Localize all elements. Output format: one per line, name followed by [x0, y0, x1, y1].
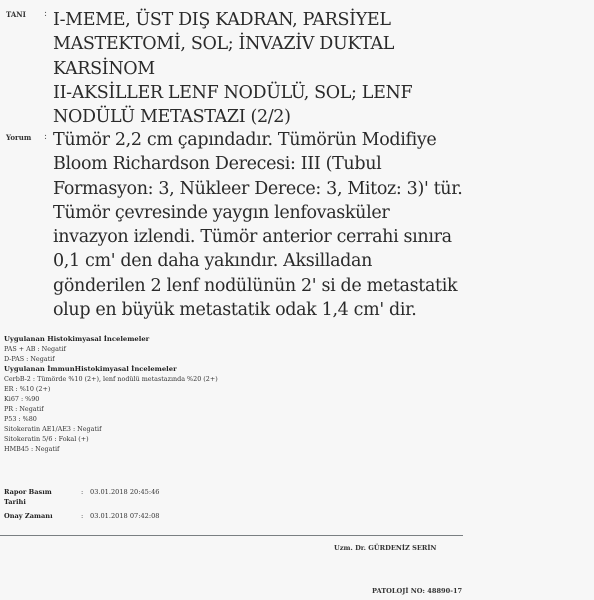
- comment-line: invazyon izlendi. Tümör anterior cerrahi…: [53, 225, 473, 249]
- diagnosis-line: I-MEME, ÜST DIŞ KADRAN, PARSİYEL: [53, 8, 473, 32]
- histochemical-item: D-PAS : Negatif: [4, 354, 218, 364]
- comment-line: Bloom Richardson Derecesi: III (Tubul: [53, 152, 473, 176]
- ihc-item: Ki67 : %90: [4, 394, 218, 404]
- ihc-item: P53 : %80: [4, 414, 218, 424]
- diagnosis-colon: :: [44, 9, 47, 19]
- print-date-value: 03.01.2018 20:45:46: [90, 487, 159, 497]
- comment-line: Tümör çevresinde yaygın lenfovasküler: [53, 201, 473, 225]
- comment-line: Tümör 2,2 cm çapındadır. Tümörün Modifiy…: [53, 128, 473, 152]
- diagnosis-text: I-MEME, ÜST DIŞ KADRAN, PARSİYEL MASTEKT…: [53, 8, 473, 129]
- ihc-item: PR : Negatif: [4, 404, 218, 414]
- print-date-label-line1: Rapor Basım: [4, 488, 52, 496]
- comment-line: olup en büyük metastatik odak 1,4 cm' di…: [53, 298, 473, 322]
- print-date-label-line2: Tarihi: [4, 498, 26, 506]
- histochemical-item: PAS + AB : Negatif: [4, 344, 218, 354]
- diagnosis-line: II-AKSİLLER LENF NODÜLÜ, SOL; LENF: [53, 81, 473, 105]
- diagnosis-line: KARSİNOM: [53, 57, 473, 81]
- divider: [0, 535, 463, 536]
- comment-label: Yorum: [6, 133, 31, 142]
- approval-value: 03.01.2018 07:42:08: [90, 511, 159, 521]
- approval-colon: :: [81, 511, 83, 521]
- ihc-item: Sitokeratin AE1/AE3 : Negatif: [4, 424, 218, 434]
- diagnosis-line: NODÜLÜ METASTAZI (2/2): [53, 105, 473, 129]
- ihc-item: ER : %10 (2+): [4, 384, 218, 394]
- comment-line: 0,1 cm' den daha yakındır. Aksilladan: [53, 249, 473, 273]
- ihc-item: CerbB-2 : Tümörde %10 (2+), lenf nodülü …: [4, 374, 218, 384]
- approval-label: Onay Zamanı: [4, 511, 74, 521]
- print-date-label: Rapor Basım Tarihi: [4, 487, 74, 507]
- signature-name: Uzm. Dr. GÜRDENİZ SERİN: [334, 544, 436, 552]
- diagnosis-line: MASTEKTOMİ, SOL; İNVAZİV DUKTAL: [53, 32, 473, 56]
- histochemical-heading: Uygulanan Histokimyasal İncelemeler: [4, 334, 218, 344]
- stains-section: Uygulanan Histokimyasal İncelemeler PAS …: [4, 334, 218, 454]
- ihc-item: Sitokeratin 5/6 : Fokal (+): [4, 434, 218, 444]
- comment-colon: :: [44, 132, 47, 142]
- comment-text: Tümör 2,2 cm çapındadır. Tümörün Modifiy…: [53, 128, 473, 322]
- ihc-heading: Uygulanan İmmunHistokimyasal İncelemeler: [4, 364, 218, 374]
- comment-line: Formasyon: 3, Nükleer Derece: 3, Mitoz: …: [53, 177, 473, 201]
- pathology-number: PATOLOJİ NO: 48890-17: [372, 587, 462, 595]
- print-date-colon: :: [81, 487, 83, 497]
- comment-line: gönderilen 2 lenf nodülünün 2' si de met…: [53, 274, 473, 298]
- ihc-item: HMB45 : Negatif: [4, 444, 218, 454]
- diagnosis-label: TANI: [6, 10, 26, 19]
